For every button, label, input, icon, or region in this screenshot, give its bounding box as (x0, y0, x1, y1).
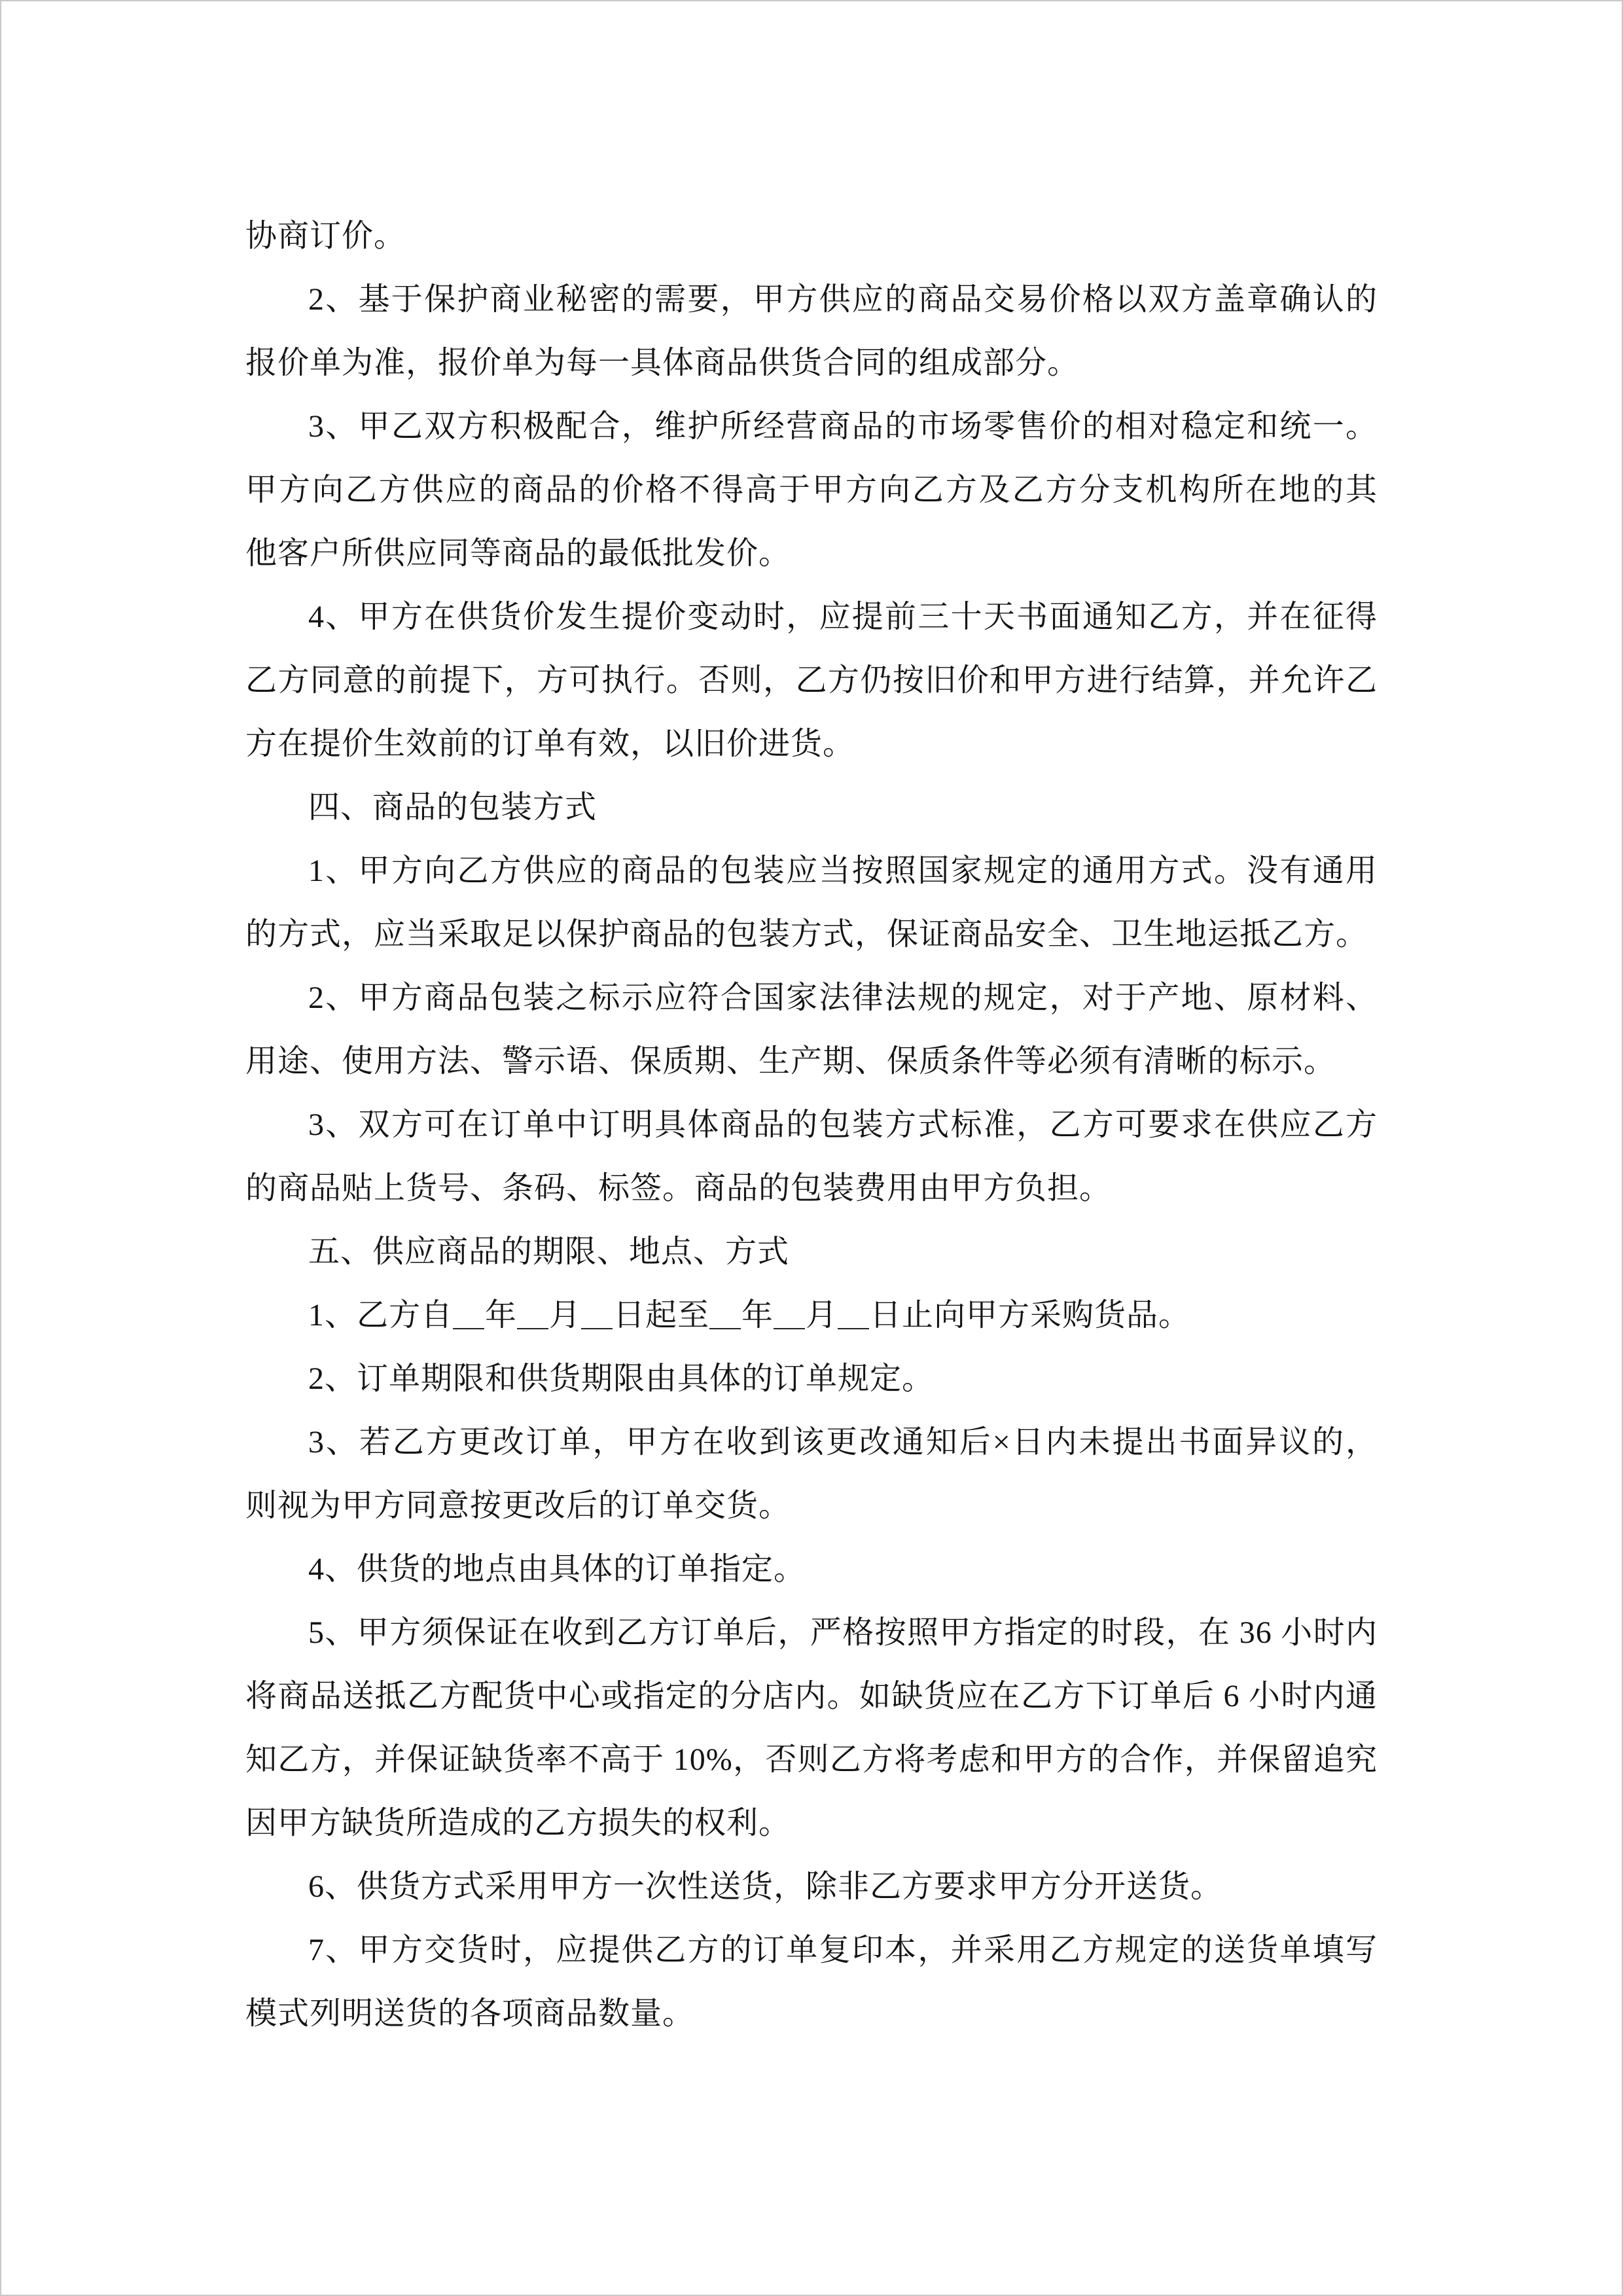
text-line: 3、双方可在订单中订明具体商品的包装方式标准，乙方可要求在供应乙方 (245, 1093, 1378, 1157)
text-line: 因甲方缺货所造成的乙方损失的权利。 (245, 1791, 1378, 1855)
text-line: 模式列明送货的各项商品数量。 (245, 1982, 1378, 2045)
contract-text: 协商订价。2、基于保护商业秘密的需要，甲方供应的商品交易价格以双方盖章确认的报价… (245, 204, 1378, 2045)
text-line: 用途、使用方法、警示语、保质期、生产期、保质条件等必须有清晰的标示。 (245, 1030, 1378, 1093)
text-line: 4、甲方在供货价发生提价变动时，应提前三十天书面通知乙方，并在征得 (245, 585, 1378, 649)
text-line: 乙方同意的前提下，方可执行。否则，乙方仍按旧价和甲方进行结算，并允许乙 (245, 649, 1378, 712)
text-line: 的方式，应当采取足以保护商品的包装方式，保证商品安全、卫生地运抵乙方。 (245, 903, 1378, 966)
text-line: 7、甲方交货时，应提供乙方的订单复印本，并采用乙方规定的送货单填写 (245, 1918, 1378, 1982)
text-line: 他客户所供应同等商品的最低批发价。 (245, 522, 1378, 585)
text-line: 2、基于保护商业秘密的需要，甲方供应的商品交易价格以双方盖章确认的 (245, 268, 1378, 331)
text-line: 报价单为准，报价单为每一具体商品供货合同的组成部分。 (245, 331, 1378, 395)
text-line: 2、订单期限和供货期限由具体的订单规定。 (245, 1347, 1378, 1410)
text-line: 3、若乙方更改订单，甲方在收到该更改通知后×日内未提出书面异议的， (245, 1410, 1378, 1474)
text-line: 2、甲方商品包装之标示应符合国家法律法规的规定，对于产地、原材料、 (245, 966, 1378, 1030)
text-line: 3、甲乙双方积极配合，维护所经营商品的市场零售价的相对稳定和统一。 (245, 395, 1378, 458)
text-line: 协商订价。 (245, 204, 1378, 268)
text-line: 方在提价生效前的订单有效，以旧价进货。 (245, 712, 1378, 776)
text-line: 知乙方，并保证缺货率不高于 10%，否则乙方将考虑和甲方的合作，并保留追究 (245, 1728, 1378, 1791)
document-page: { "document": { "language": "zh-CN", "ki… (0, 0, 1623, 2296)
text-line: 4、供货的地点由具体的订单指定。 (245, 1537, 1378, 1601)
text-line: 五、供应商品的期限、地点、方式 (245, 1220, 1378, 1283)
text-line: 的商品贴上货号、条码、标签。商品的包装费用由甲方负担。 (245, 1157, 1378, 1220)
text-line: 1、乙方自＿年＿月＿日起至＿年＿月＿日止向甲方采购货品。 (245, 1283, 1378, 1347)
text-line: 四、商品的包装方式 (245, 776, 1378, 839)
text-line: 5、甲方须保证在收到乙方订单后，严格按照甲方指定的时段，在 36 小时内 (245, 1601, 1378, 1664)
text-line: 将商品送抵乙方配货中心或指定的分店内。如缺货应在乙方下订单后 6 小时内通 (245, 1664, 1378, 1728)
text-line: 6、供货方式采用甲方一次性送货，除非乙方要求甲方分开送货。 (245, 1855, 1378, 1918)
text-line: 则视为甲方同意按更改后的订单交货。 (245, 1474, 1378, 1537)
text-line: 1、甲方向乙方供应的商品的包装应当按照国家规定的通用方式。没有通用 (245, 839, 1378, 903)
text-line: 甲方向乙方供应的商品的价格不得高于甲方向乙方及乙方分支机构所在地的其 (245, 458, 1378, 522)
